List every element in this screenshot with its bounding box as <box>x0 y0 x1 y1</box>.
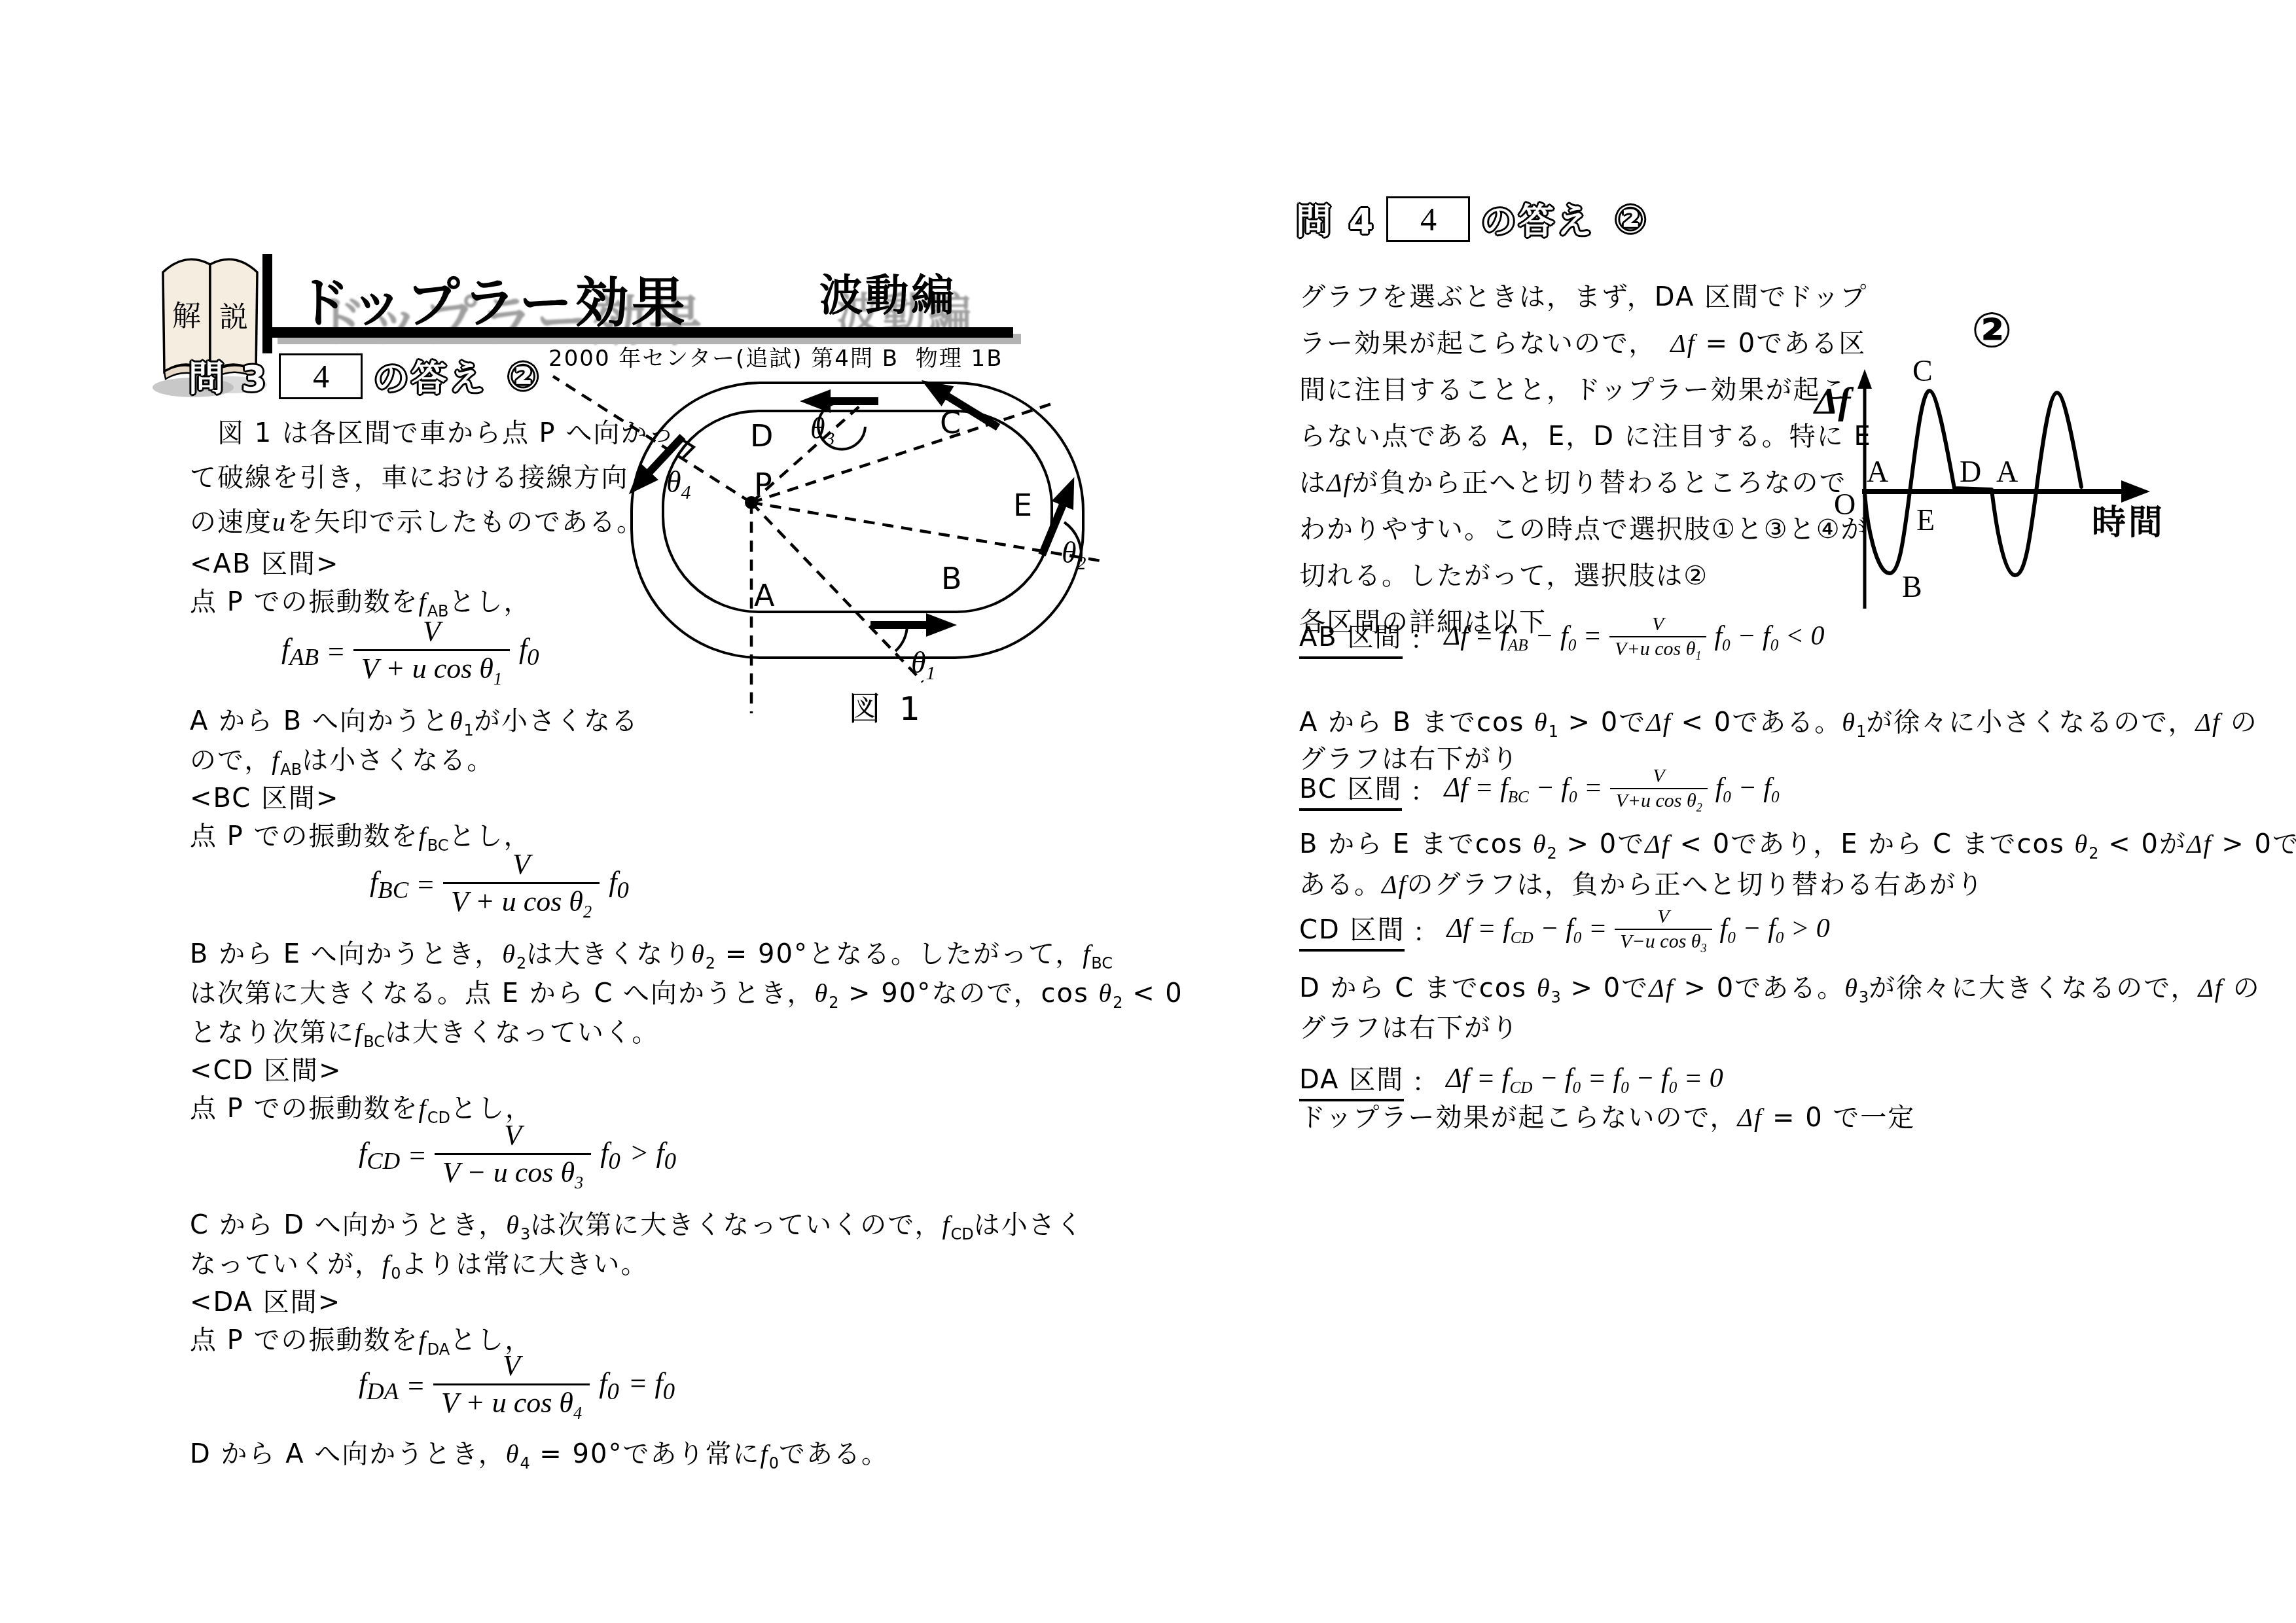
section-cd-formula: CD 区間： Δf = fCD − f0 = VV−u cos θ3 f0 − … <box>1299 906 1830 954</box>
question3-answer-mark: ② <box>507 354 541 399</box>
section-heading-cd: <CD 区間> <box>190 1056 342 1086</box>
graph-choice-mark: ② <box>1971 302 2013 359</box>
figure2-delta-f-graph: ② Δf O 時間 A B E C D A <box>1793 281 2278 622</box>
curve-label-a2: A <box>1996 455 2018 488</box>
badge-kai-character: 解 <box>172 300 201 333</box>
body-line: 切れる。したがって，選択肢は② <box>1299 562 1708 591</box>
book-spine-bar <box>262 254 272 353</box>
curve-label-d: D <box>1960 455 1981 488</box>
x-axis-arrowhead <box>2121 480 2150 503</box>
label-theta1: θ1 <box>911 646 936 684</box>
question3-label: 問 3 <box>188 351 268 401</box>
label-point-d: D <box>750 418 773 454</box>
question3-suffix: の答え <box>373 351 487 401</box>
angle-marks <box>680 402 1081 651</box>
y-axis-label: Δf <box>1813 380 1854 422</box>
scanned-solution-page: { "header": { "badge": { "left_char": "解… <box>0 0 2296 1623</box>
velocity-arrows <box>647 394 1064 625</box>
body-line: D から C までcos θ3 > 0でΔf > 0である。θ3が徐々に大きくな… <box>1299 974 2261 1007</box>
section-heading-bc: <BC 区間> <box>190 784 339 813</box>
section-da-formula: DA 区間： Δf = fCD − f0 = f0 − f0 = 0 <box>1299 1059 1723 1101</box>
question3-heading: 問 3 4 の答え ② <box>188 351 541 401</box>
body-line: らない点である A，E，D に注目する。特に E <box>1299 422 1872 452</box>
label-point-p: P <box>754 467 772 502</box>
body-line: なっていくが，f0よりは常に大きい。 <box>190 1250 648 1283</box>
formula-fcd: fCD = V V − u cos θ3 f0 > f0 <box>359 1119 676 1192</box>
body-line: はΔfが負から正へと切り替わるところなので <box>1299 469 1847 498</box>
label-point-e: E <box>1013 488 1032 523</box>
section-bc-formula: BC 区間： Δf = fBC − f0 = VV+u cos θ2 f0 − … <box>1299 766 1780 813</box>
body-line: B から E へ向かうとき，θ2は大きくなりθ2 = 90°となる。したがって，… <box>190 940 1113 972</box>
body-line: わかりやすい。この時点で選択肢①と③と④が <box>1299 515 1869 544</box>
body-line: ドップラー効果が起こらないので，Δf = 0 で一定 <box>1299 1103 1915 1133</box>
question4-answer-mark: ② <box>1614 197 1649 241</box>
label-point-c: C <box>940 405 961 440</box>
question4-heading: 問 4 4 の答え ② <box>1296 194 1649 244</box>
title-underline-bar <box>270 327 1013 338</box>
track-inner-oval <box>663 411 1052 612</box>
body-line: A から B までcos θ1 > 0でΔf < 0である。θ1が徐々に小さくな… <box>1299 708 2258 741</box>
curve-label-c: C <box>1912 354 1933 387</box>
page-title: ドップラー効果 <box>296 260 688 337</box>
question4-box-number: 4 <box>1420 200 1437 238</box>
body-line: C から D へ向かうとき，θ3は次第に大きくなっていくので，fCDは小さく <box>190 1211 1084 1243</box>
sightline-rays-from-p <box>553 376 1101 713</box>
body-line: 間に注目することと，ドップラー効果が起こ <box>1299 376 1848 405</box>
origin-label: O <box>1834 488 1856 521</box>
question3-answer-box: 4 <box>279 353 363 399</box>
question4-answer-box: 4 <box>1386 196 1470 242</box>
figure1-caption: 図 1 <box>848 690 924 728</box>
section-heading-da: <DA 区間> <box>190 1288 341 1317</box>
curve-label-e: E <box>1916 503 1935 537</box>
body-line: D から A へ向かうとき，θ4 = 90°であり常にf0である。 <box>190 1440 889 1472</box>
label-point-a: A <box>754 578 775 613</box>
source-caption: 2000 年センター(追試) 第4問 B 物理 1B <box>548 340 1003 372</box>
section-ab-formula: AB 区間： Δf = fAB − f0 = VV+u cos θ1 f0 − … <box>1299 614 1825 662</box>
curve-label-a1: A <box>1867 455 1888 488</box>
badge-setsu-character: 説 <box>219 301 248 334</box>
formula-fbc: fBC = V V + u cos θ2 f0 <box>370 848 638 921</box>
formula-fda: fDA = V V + u cos θ4 f0 = f0 <box>359 1349 675 1423</box>
body-line: ある。Δfのグラフは，負から正へと切り替わる右あがり <box>1299 870 1984 900</box>
edition-title: 波動編 <box>819 260 957 323</box>
body-line: グラフは右下がり <box>1299 1014 1519 1043</box>
body-line: となり次第にfBCは大きくなっていく。 <box>190 1018 659 1051</box>
body-line: ので，fABは小さくなる。 <box>190 746 494 779</box>
body-line: B から E までcos θ2 > 0でΔf < 0であり，E から C までc… <box>1299 830 2296 863</box>
label-point-b: B <box>941 561 962 596</box>
label-theta4: θ4 <box>666 465 691 503</box>
question3-box-number: 4 <box>313 357 329 395</box>
label-theta3: θ3 <box>810 412 835 450</box>
y-axis-arrowhead <box>1857 369 1872 389</box>
curve-label-b: B <box>1902 570 1922 603</box>
figure1-track-diagram: P A B C D E θ1 θ2 θ3 θ4 図 1 <box>543 373 1113 740</box>
body-line: は次第に大きくなる。点 E から C へ向かうとき，θ2 > 90°なので，co… <box>190 979 1183 1012</box>
question4-suffix: の答え <box>1480 194 1594 244</box>
question4-label: 問 4 <box>1296 194 1376 244</box>
body-line: ラー効果が起こらないので， Δf = 0である区 <box>1299 329 1866 359</box>
x-axis-label: 時間 <box>2092 503 2165 543</box>
body-line: グラフを選ぶときは，まず，DA 区間でドップ <box>1299 283 1868 312</box>
section-heading-ab: <AB 区間> <box>190 550 340 579</box>
formula-fab: fAB = V V + u cos θ1 f0 <box>281 615 548 688</box>
